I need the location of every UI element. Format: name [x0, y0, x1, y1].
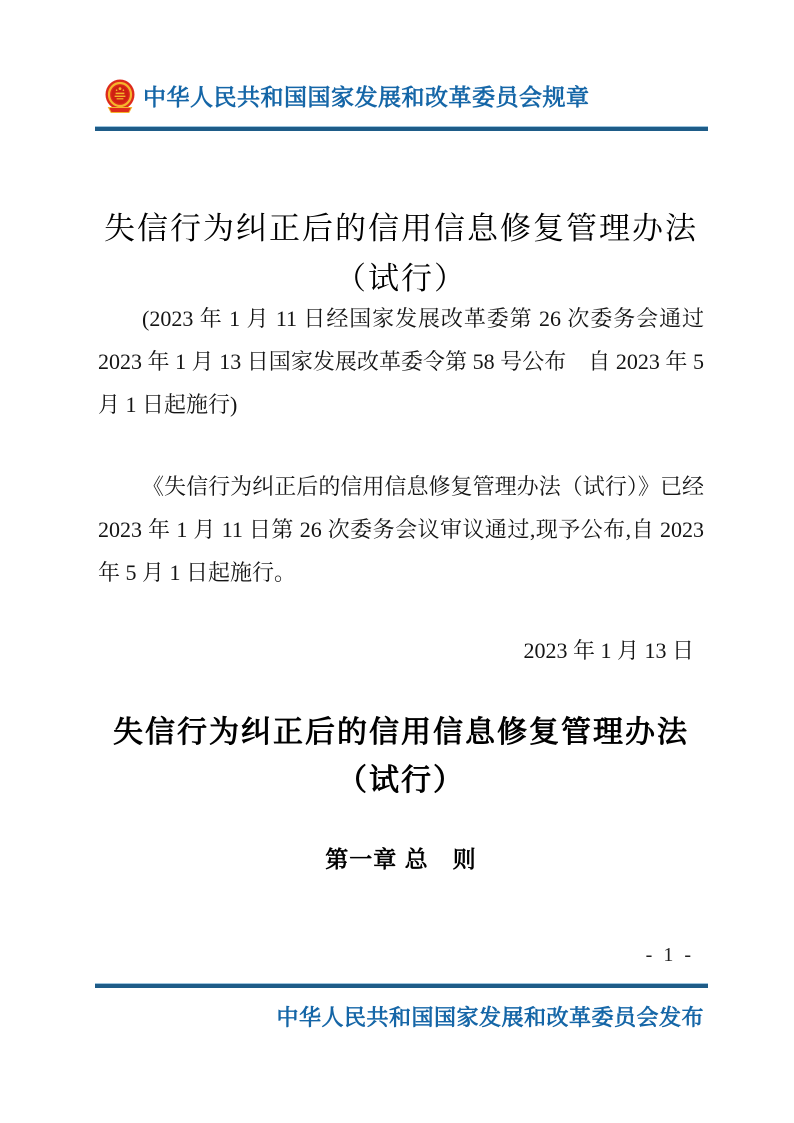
document-title-line1: 失信行为纠正后的信用信息修复管理办法 — [98, 204, 704, 254]
announcement-line-2: 2023 年 1 月 11 日第 26 次委务会议审议通过,现予公布,自 202… — [98, 508, 704, 551]
promulgation-note-line-1: (2023 年 1 月 11 日经国家发展改革委第 26 次委务会通过 — [98, 297, 704, 340]
footer-divider-rule — [95, 983, 708, 988]
header-divider-rule — [95, 126, 708, 131]
document-title: 失信行为纠正后的信用信息修复管理办法 （试行） — [98, 204, 704, 304]
chapter-heading: 第一章 总 则 — [98, 837, 704, 881]
announcement-line-3: 年 5 月 1 日起施行。 — [98, 551, 704, 594]
body-document-title-line1: 失信行为纠正后的信用信息修复管理办法 — [98, 709, 704, 757]
promulgation-note-line-3: 月 1 日起施行) — [98, 383, 704, 426]
prc-national-emblem-icon — [104, 79, 136, 116]
announcement-paragraph: 《失信行为纠正后的信用信息修复管理办法（试行）》已经 2023 年 1 月 11… — [98, 465, 704, 594]
footer-publisher: 中华人民共和国国家发展和改革委员会发布 — [98, 1001, 704, 1035]
body-document-title: 失信行为纠正后的信用信息修复管理办法 （试行） — [98, 709, 704, 805]
promulgation-date: 2023 年 1 月 13 日 — [98, 629, 694, 672]
promulgation-note-line-2: 2023 年 1 月 13 日国家发展改革委令第 58 号公布 自 2023 年… — [98, 340, 704, 383]
page-number: - 1 - — [98, 940, 694, 970]
header-title: 中华人民共和国国家发展和改革委员会规章 — [143, 79, 590, 116]
body-document-title-line2: （试行） — [98, 757, 704, 805]
page-header: 中华人民共和国国家发展和改革委员会规章 — [104, 79, 590, 116]
announcement-line-1: 《失信行为纠正后的信用信息修复管理办法（试行）》已经 — [98, 465, 704, 508]
document-page: 中华人民共和国国家发展和改革委员会规章 失信行为纠正后的信用信息修复管理办法 （… — [0, 0, 794, 1123]
promulgation-note-paragraph: (2023 年 1 月 11 日经国家发展改革委第 26 次委务会通过 2023… — [98, 297, 704, 426]
